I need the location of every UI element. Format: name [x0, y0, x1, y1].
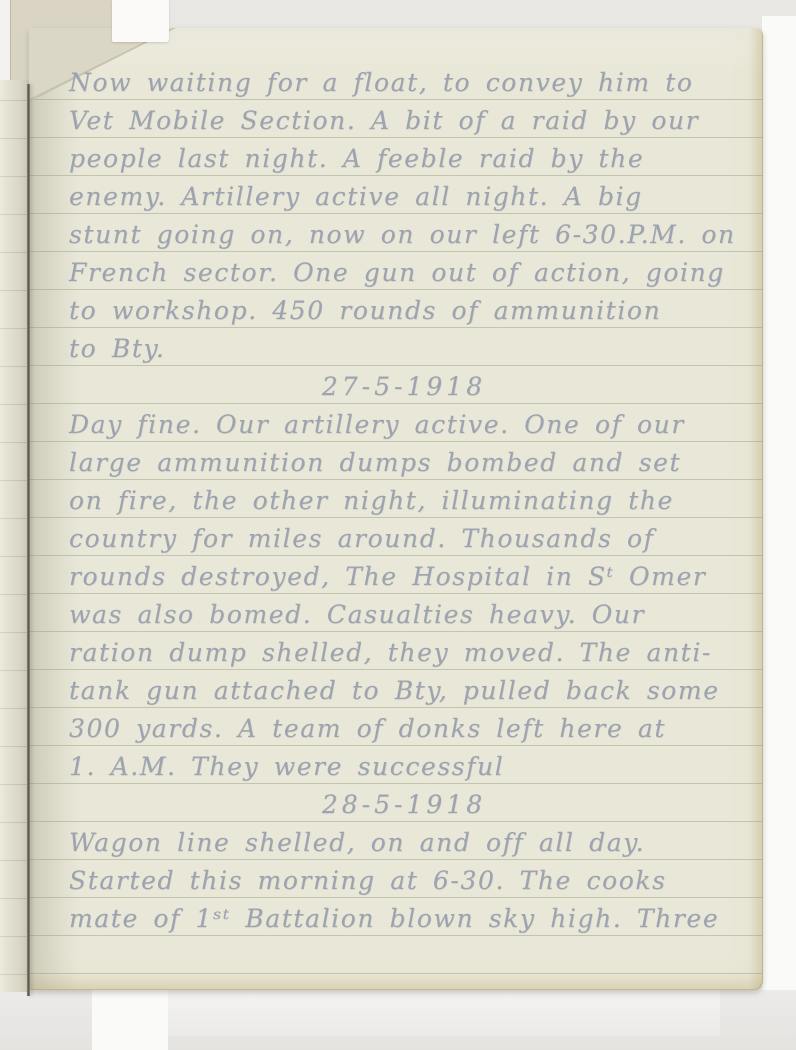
handwriting-line: ration dump shelled, they moved. The ant…	[29, 636, 755, 670]
handwriting-line: stunt going on, now on our left 6-30.P.M…	[29, 218, 755, 252]
handwriting-line: tank gun attached to Bty, pulled back so…	[29, 674, 755, 708]
handwriting-line: country for miles around. Thousands of	[29, 522, 755, 556]
handwriting-line: to workshop. 450 rounds of ammunition	[29, 294, 755, 328]
handwriting-line: was also bomed. Casualties heavy. Our	[29, 598, 755, 632]
backing-paper-right	[762, 16, 796, 1004]
handwriting-line: Started this morning at 6-30. The cooks	[29, 864, 755, 898]
handwriting-line: Day fine. Our artillery active. One of o…	[29, 408, 755, 442]
binding-gutter-line	[27, 84, 30, 996]
white-paper-strip-top	[112, 0, 169, 42]
handwriting-line: Vet Mobile Section. A bit of a raid by o…	[29, 104, 755, 138]
handwriting-line: to Bty.	[29, 332, 755, 366]
handwriting-line: 1. A.M. They were successful	[29, 750, 755, 784]
date-heading: 27-5-1918	[29, 370, 755, 404]
handwriting-line: mate of 1ˢᵗ Battalion blown sky high. Th…	[29, 902, 755, 936]
handwriting-line: large ammunition dumps bombed and set	[29, 446, 755, 480]
handwriting-text: Now waiting for a float, to convey him t…	[29, 28, 763, 990]
previous-page-edge	[0, 80, 29, 992]
handwriting-line: Wagon line shelled, on and off all day.	[29, 826, 755, 860]
handwriting-line: Now waiting for a float, to convey him t…	[29, 66, 755, 100]
handwriting-line: on fire, the other night, illuminating t…	[29, 484, 755, 518]
notebook-page: Now waiting for a float, to convey him t…	[29, 28, 763, 990]
handwriting-line: 300 yards. A team of donks left here at	[29, 712, 755, 746]
date-heading: 28-5-1918	[29, 788, 755, 822]
handwriting-line: enemy. Artillery active all night. A big	[29, 180, 755, 214]
handwriting-line: rounds destroyed, The Hospital in Sᵗ Ome…	[29, 560, 755, 594]
scanned-diary-page: Now waiting for a float, to convey him t…	[0, 0, 796, 1050]
handwriting-line: French sector. One gun out of action, go…	[29, 256, 755, 290]
handwriting-line: people last night. A feeble raid by the	[29, 142, 755, 176]
